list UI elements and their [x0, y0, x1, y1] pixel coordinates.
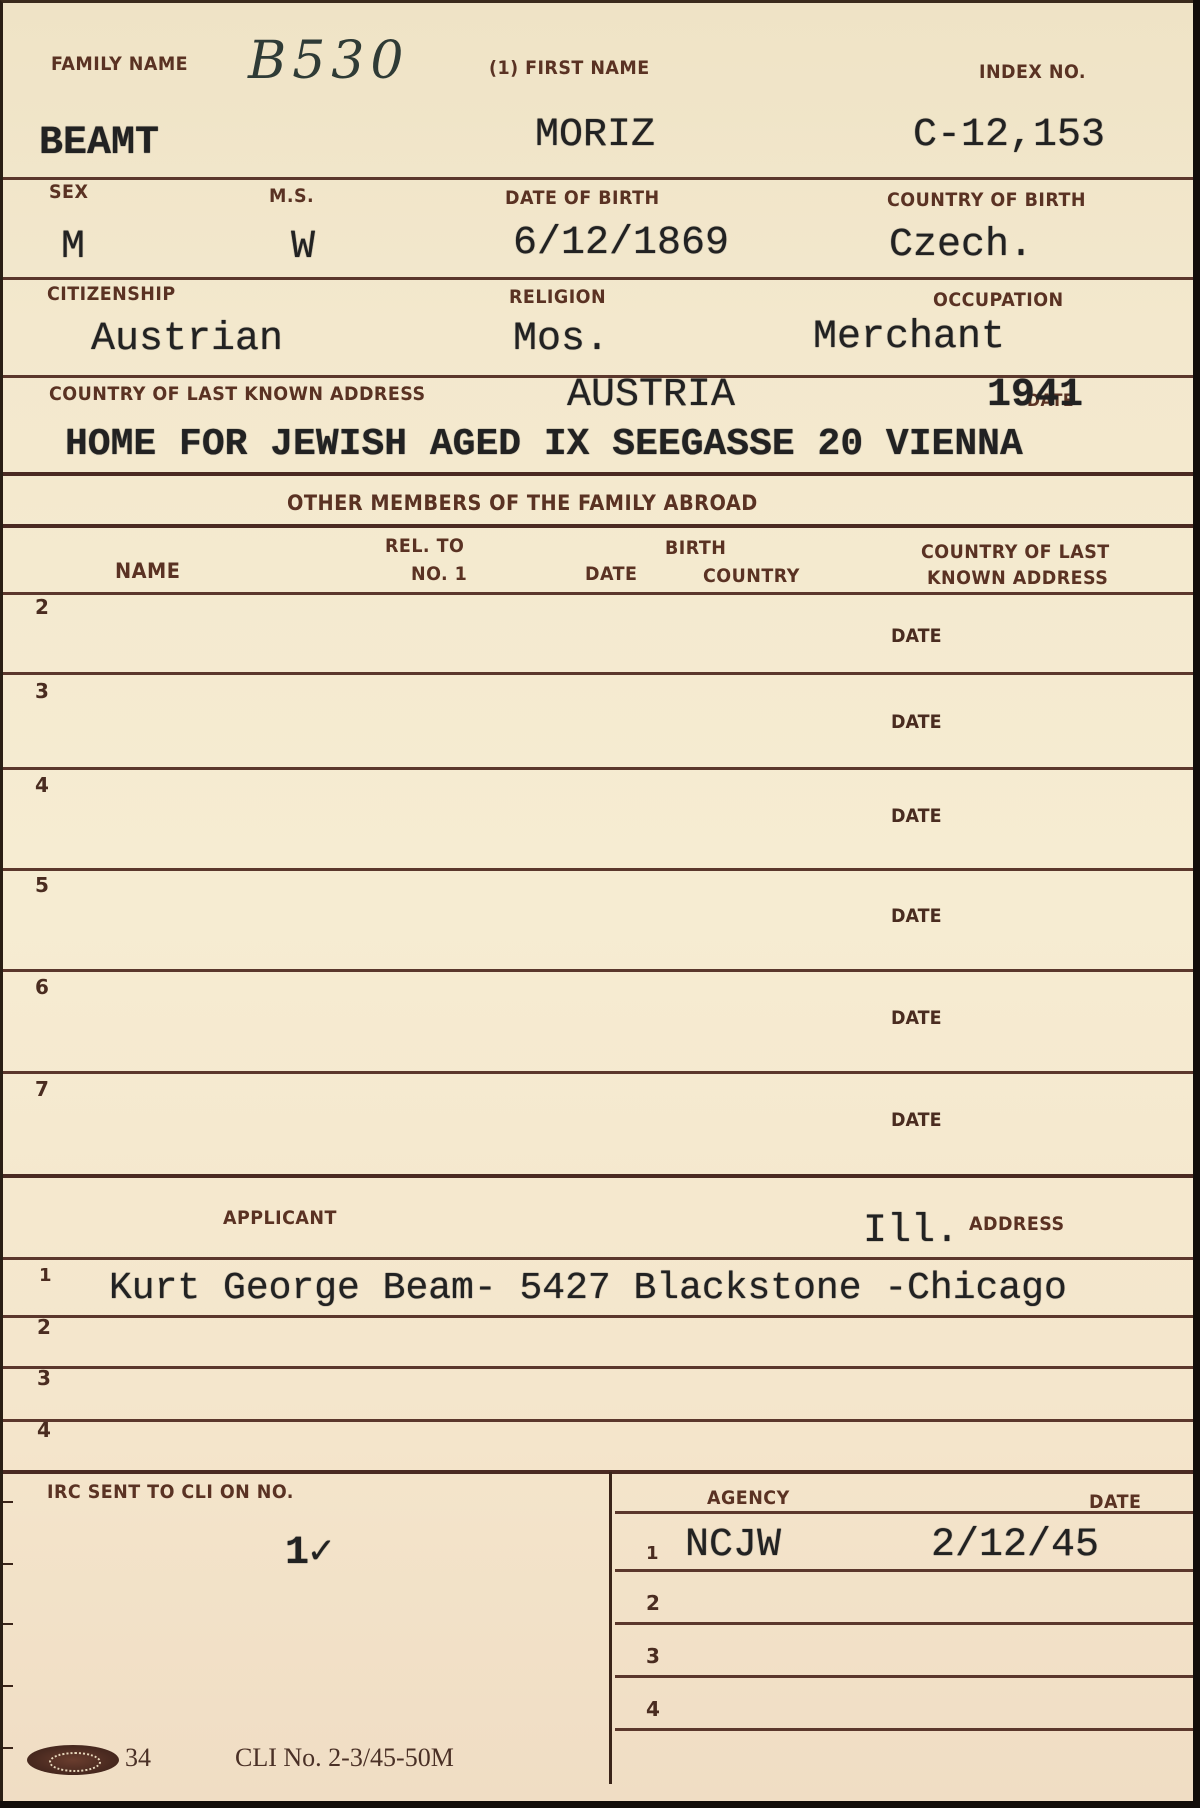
margin-tick [3, 1685, 13, 1687]
divider [3, 1470, 1193, 1474]
agency-label: AGENCY [707, 1487, 790, 1509]
divider [3, 1315, 1193, 1318]
agency-row-date: 2/12/45 [931, 1523, 1099, 1568]
union-label-logo-icon [27, 1745, 119, 1775]
divider [3, 1419, 1193, 1422]
divider [3, 592, 1193, 595]
member-row-date-label: DATE [891, 805, 942, 827]
member-row-date-label: DATE [891, 1109, 942, 1131]
religion-value: Mos. [513, 317, 609, 362]
family-name-value: BEAMT [39, 121, 159, 166]
divider [615, 1569, 1193, 1572]
dob-label: DATE OF BIRTH [505, 187, 660, 209]
col-name: NAME [115, 559, 180, 583]
first-name-value: MORIZ [535, 113, 655, 158]
last-address-date-value: 1941 [987, 373, 1083, 418]
applicant-row-number: 1 [39, 1265, 52, 1286]
dob-value: 6/12/1869 [513, 221, 729, 266]
member-row-number: 2 [35, 595, 49, 619]
vertical-divider [609, 1472, 612, 1784]
applicant-state-value: Ill. [863, 1209, 959, 1254]
divider [3, 1257, 1193, 1260]
member-row-number: 5 [35, 873, 49, 897]
index-no-label: INDEX NO. [979, 61, 1086, 83]
irc-value: 1✓ [285, 1527, 333, 1576]
divider [615, 1622, 1193, 1625]
country-of-birth-label: COUNTRY OF BIRTH [887, 189, 1086, 211]
religion-label: RELIGION [509, 286, 606, 308]
applicant-row-number: 2 [37, 1315, 51, 1339]
last-address-street: HOME FOR JEWISH AGED IX SEEGASSE 20 VIEN… [65, 423, 1023, 466]
registration-card: FAMILY NAME B530 (1) FIRST NAME INDEX NO… [0, 0, 1193, 1801]
divider [615, 1675, 1193, 1678]
irc-label: IRC SENT TO CLI ON NO. [47, 1481, 294, 1503]
col-last-address-line1: COUNTRY OF LAST [921, 541, 1110, 563]
member-row-number: 7 [35, 1077, 49, 1101]
applicant-row-number: 3 [37, 1366, 51, 1390]
index-no-value: C-12,153 [913, 113, 1105, 158]
divider [615, 1728, 1193, 1731]
member-row-date-label: DATE [891, 1007, 942, 1029]
divider [615, 1511, 1193, 1514]
agency-row-number: 3 [646, 1644, 660, 1668]
ms-label: M.S. [269, 185, 314, 207]
divider [3, 177, 1193, 180]
form-number: CLI No. 2-3/45-50M [235, 1743, 454, 1773]
member-row-number: 3 [35, 679, 49, 703]
member-row-number: 4 [35, 773, 49, 797]
agency-row-number: 4 [646, 1697, 660, 1721]
margin-tick [3, 1563, 13, 1565]
applicant-address-label: ADDRESS [969, 1213, 1065, 1235]
applicant-label: APPLICANT [223, 1207, 337, 1229]
member-row-date-label: DATE [891, 905, 942, 927]
agency-date-label: DATE [1089, 1491, 1141, 1513]
union-number: 34 [125, 1743, 151, 1773]
col-rel-line1: REL. TO [385, 535, 464, 557]
margin-tick [3, 1747, 13, 1749]
divider [3, 969, 1193, 972]
agency-row-name: NCJW [685, 1523, 781, 1568]
applicant-row-value: Kurt George Beam- 5427 Blackstone -Chica… [109, 1267, 1067, 1310]
sex-value: M [61, 225, 85, 270]
sex-label: SEX [49, 181, 88, 203]
col-birth-date: DATE [585, 563, 637, 585]
agency-row-number: 2 [646, 1591, 660, 1615]
member-row-date-label: DATE [891, 625, 942, 647]
col-birth-country: COUNTRY [703, 565, 800, 587]
occupation-label: OCCUPATION [933, 289, 1064, 311]
divider [3, 277, 1193, 280]
family-abroad-title: OTHER MEMBERS OF THE FAMILY ABROAD [287, 491, 758, 515]
col-birth: BIRTH [665, 537, 726, 559]
occupation-value: Merchant [813, 315, 1005, 360]
family-name-label: FAMILY NAME [51, 53, 188, 75]
family-name-code-handwritten: B530 [248, 31, 409, 91]
margin-tick [3, 1501, 13, 1503]
col-rel-line2: NO. 1 [411, 563, 467, 585]
country-of-birth-value: Czech. [889, 223, 1033, 268]
divider [3, 1174, 1193, 1178]
divider [3, 524, 1193, 528]
ms-value: W [291, 225, 315, 270]
divider [3, 672, 1193, 675]
divider [3, 1366, 1193, 1369]
col-last-address-line2: KNOWN ADDRESS [927, 567, 1108, 589]
applicant-row-number: 4 [37, 1418, 51, 1442]
divider [3, 767, 1193, 770]
first-name-label: (1) FIRST NAME [489, 57, 650, 79]
margin-tick [3, 1623, 13, 1625]
last-address-country-value: AUSTRIA [567, 373, 735, 418]
member-row-date-label: DATE [891, 711, 942, 733]
divider [3, 472, 1193, 476]
citizenship-value: Austrian [91, 317, 283, 362]
last-address-country-label: COUNTRY OF LAST KNOWN ADDRESS [49, 383, 426, 405]
citizenship-label: CITIZENSHIP [47, 283, 176, 305]
divider [3, 1071, 1193, 1074]
member-row-number: 6 [35, 975, 49, 999]
divider [3, 868, 1193, 871]
agency-row-number: 1 [646, 1543, 659, 1564]
